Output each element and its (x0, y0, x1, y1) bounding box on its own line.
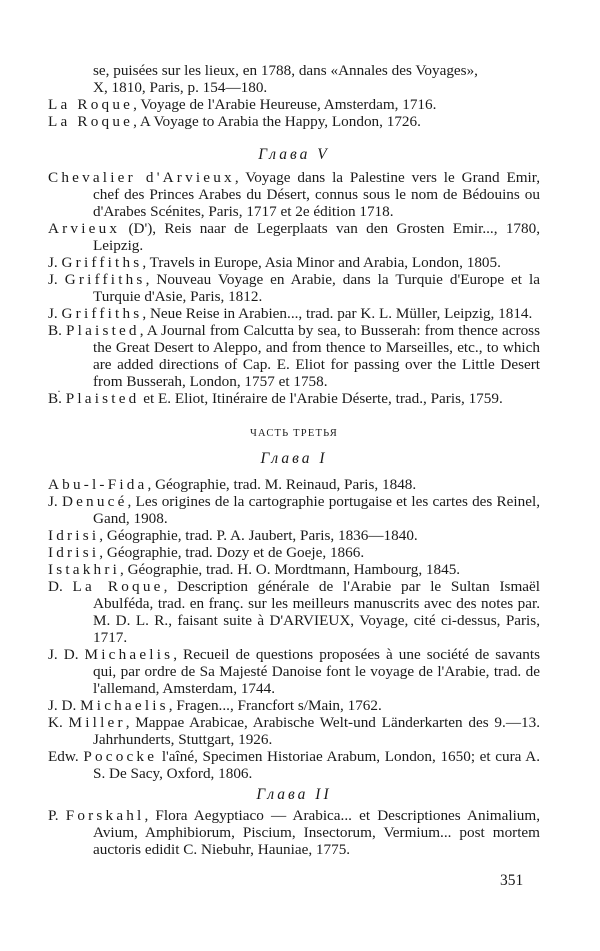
author: Plaisted (66, 390, 140, 407)
bib-entry: Istakhri, Géographie, trad. H. O. Mordtm… (48, 561, 540, 578)
entry-text: , Mappae Arabicae, Arabische Welt-und Lä… (93, 714, 540, 748)
author: Pococke (83, 748, 157, 765)
bib-entry: P. Forskahl, Flora Aegyptiaco — Arabica.… (48, 807, 540, 858)
entry-text: , Géographie, trad. H. O. Mordtmann, Ham… (120, 561, 460, 578)
bib-entry: J. Griffiths, Travels in Europe, Asia Mi… (48, 254, 540, 271)
entry-text: , Les origines de la cartographie portug… (93, 493, 540, 527)
entry-text: , Voyage de l'Arabie Heureuse, Amsterdam… (133, 96, 436, 113)
bib-entry: B. Plaisted et E. Eliot, Itinéraire de l… (48, 390, 540, 407)
chapter5-list: Chevalier d'Arvieux, Voyage dans la Pale… (48, 169, 540, 407)
bib-entry: K. Miller, Mappae Arabicae, Arabische We… (48, 714, 540, 748)
author: Michaelis (80, 697, 169, 714)
entry-text: , A Journal from Calcutta by sea, to Bus… (93, 322, 540, 390)
chapter-heading: Глава II (48, 786, 540, 803)
author: La Roque (48, 113, 133, 130)
initials: D. (48, 578, 73, 595)
initials: B. (48, 322, 66, 339)
entry-text: , A Voyage to Arabia the Happy, London, … (133, 113, 421, 130)
author: La Roque (73, 578, 164, 595)
author: Forskahl (66, 807, 145, 824)
part-heading: ЧАСТЬ ТРЕТЬЯ (48, 425, 540, 442)
chapter-heading: Глава I (48, 450, 540, 467)
entry-text: , Flora Aegyptiaco — Arabica... et Descr… (93, 807, 540, 858)
bib-entry: Idrisi, Géographie, trad. P. A. Jaubert,… (48, 527, 540, 544)
entry-text: (D'), Reis naar de Legerplaats van den G… (93, 220, 540, 254)
author: Istakhri (48, 561, 120, 578)
bib-entry: Idrisi, Géographie, trad. Dozy et de Goe… (48, 544, 540, 561)
bib-entry: La Roque, A Voyage to Arabia the Happy, … (48, 113, 540, 130)
bib-entry: Abu-l-Fida, Géographie, trad. M. Reinaud… (48, 476, 540, 493)
author: Griffiths (65, 271, 146, 288)
bib-entry: J. D. Michaelis, Fragen..., Francfort s/… (48, 697, 540, 714)
author: Denucé (62, 493, 128, 510)
bib-entry: Arvieux (D'), Reis naar de Legerplaats v… (48, 220, 540, 254)
author: Idrisi (48, 527, 99, 544)
entry-text: , Géographie, trad. P. A. Jaubert, Paris… (99, 527, 417, 544)
entry-text: , Géographie, trad. M. Reinaud, Paris, 1… (148, 476, 417, 493)
author: Michaelis (85, 646, 174, 663)
chapter2-list: P. Forskahl, Flora Aegyptiaco — Arabica.… (48, 807, 540, 858)
chapter1-list: Abu-l-Fida, Géographie, trad. M. Reinaud… (48, 476, 540, 782)
initials: J. D. (48, 646, 85, 663)
continuation-line: X, 1810, Paris, p. 154—180. (48, 79, 540, 96)
initials: Edw. (48, 748, 83, 765)
page-number: 351 (500, 872, 523, 890)
entry-text: , Neue Reise in Arabien..., trad. par K.… (142, 305, 532, 322)
entry-text: , Nouveau Voyage en Arabie, dans la Turq… (93, 271, 540, 305)
initials: J. (48, 305, 62, 322)
bib-entry: D. La Roque, Description générale de l'A… (48, 578, 540, 646)
continuation-line: se, puisées sur les lieux, en 1788, dans… (48, 62, 540, 79)
initials: K. (48, 714, 69, 731)
entry-text: , Fragen..., Francfort s/Main, 1762. (169, 697, 382, 714)
author: Arvieux (48, 220, 120, 237)
author: La Roque (48, 96, 133, 113)
entry-text: , Travels in Europe, Asia Minor and Arab… (142, 254, 501, 271)
author: Griffiths (62, 305, 143, 322)
bib-entry: J. Griffiths, Neue Reise in Arabien..., … (48, 305, 540, 322)
bib-entry: J. Denucé, Les origines de la cartograph… (48, 493, 540, 527)
entry-text: et E. Eliot, Itinéraire de l'Arabie Dése… (139, 390, 502, 407)
initials: J. (48, 271, 65, 288)
stray-mark: · (57, 384, 61, 399)
author: Abu-l-Fida (48, 476, 148, 493)
entry-text: l'aîné, Specimen Historiae Arabum, Londo… (93, 748, 540, 782)
bib-entry: J. D. Michaelis, Recueil de questions pr… (48, 646, 540, 697)
bib-entry: J. Griffiths, Nouveau Voyage en Arabie, … (48, 271, 540, 305)
author: Miller (69, 714, 126, 731)
author: Plaisted (66, 322, 140, 339)
entry-text: , Géographie, trad. Dozy et de Goeje, 18… (99, 544, 364, 561)
author: Chevalier d'Arvieux (48, 169, 235, 186)
author: Idrisi (48, 544, 99, 561)
bib-entry: Chevalier d'Arvieux, Voyage dans la Pale… (48, 169, 540, 220)
initials: P. (48, 807, 66, 824)
bib-entry: Edw. Pococke l'aîné, Specimen Historiae … (48, 748, 540, 782)
author: Griffiths (62, 254, 143, 271)
initials: J. D. (48, 697, 80, 714)
initials: J. (48, 493, 62, 510)
initials: J. (48, 254, 62, 271)
chapter-heading: Глава V (48, 146, 540, 163)
bib-entry: B. Plaisted, A Journal from Calcutta by … (48, 322, 540, 390)
bibliography-page: se, puisées sur les lieux, en 1788, dans… (48, 62, 540, 858)
bib-entry: La Roque, Voyage de l'Arabie Heureuse, A… (48, 96, 540, 113)
